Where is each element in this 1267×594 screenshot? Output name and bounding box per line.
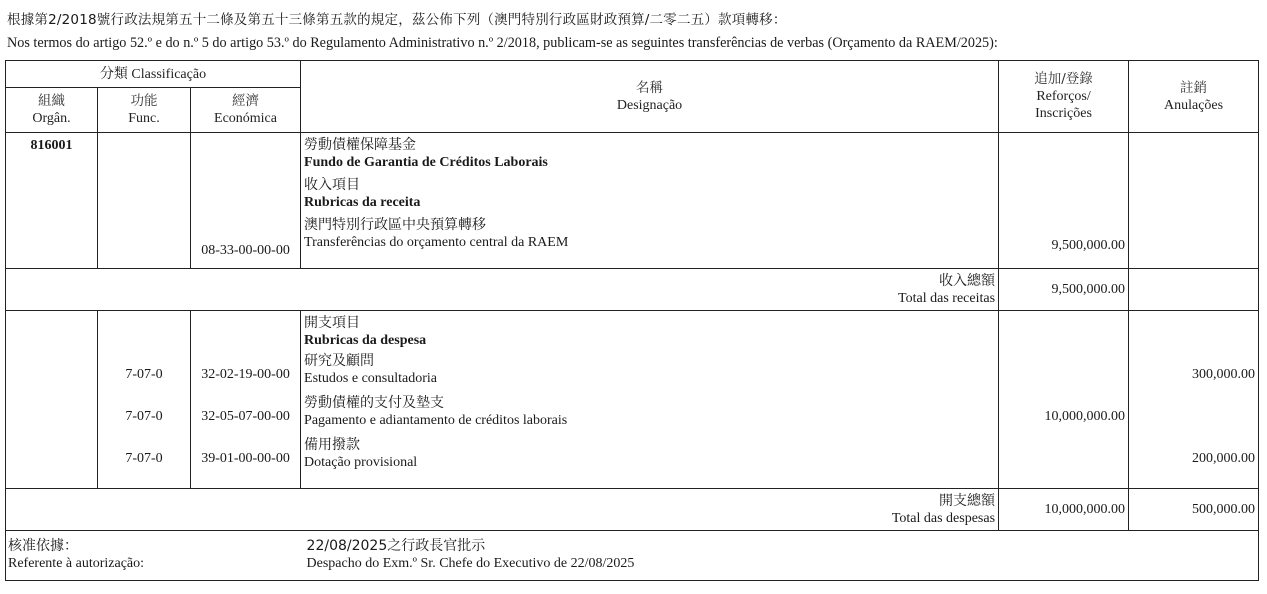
expense-organ-cell	[6, 311, 98, 489]
expense-function-codes: 7-07-0 7-07-0 7-07-0	[98, 311, 191, 489]
receipts-total-label-pt: Total das receitas	[9, 290, 995, 307]
organ-code: 816001	[6, 133, 98, 269]
expense-cancellation-amount: 300,000.00	[1132, 353, 1255, 395]
authorization-label-pt: Referente à autorização:	[8, 555, 298, 572]
expense-economic-code: 32-02-19-00-00	[194, 353, 297, 395]
expenses-section-pt: Rubricas da despesa	[304, 332, 995, 349]
economic-header-pt: Económica	[194, 110, 297, 127]
receipt-item-desc-pt: Transferências do orçamento central da R…	[304, 234, 995, 251]
intro-text-portuguese: Nos termos do artigo 52.º e do n.º 5 do …	[7, 35, 998, 52]
entity-name-pt: Fundo de Garantia de Créditos Laborais	[304, 154, 995, 171]
receipts-section-zh: 收入項目	[304, 177, 995, 194]
expense-item: 研究及顧問 Estudos e consultadoria	[304, 353, 995, 395]
expenses-total-label-pt: Total das despesas	[9, 510, 995, 527]
organ-header: 組織 Orgân.	[6, 88, 98, 133]
expense-designation: 開支項目 Rubricas da despesa 研究及顧問 Estudos e…	[301, 311, 999, 489]
authorization-value: 22/08/2025之行政長官批示 Despacho do Exm.º Sr. …	[301, 531, 1259, 581]
expenses-total-cancellation-value: 500,000.00	[1192, 502, 1255, 517]
designation-header: 名稱 Designação	[301, 61, 999, 133]
expense-item-desc-zh: 備用撥款	[304, 437, 995, 454]
receipt-reinforcement-amount: 9,500,000.00	[999, 133, 1129, 269]
expense-item-desc-zh: 研究及顧問	[304, 353, 995, 370]
authorization-row: 核准依據： Referente à autorização: 22/08/202…	[6, 531, 1259, 581]
receipt-economic-code: 08-33-00-00-00	[191, 133, 301, 269]
classification-header-label: 分類 Classificação	[100, 67, 206, 82]
economic-header: 經濟 Económica	[191, 88, 301, 133]
organ-code-value: 816001	[31, 138, 73, 153]
expenses-total-reinforcement-value: 10,000,000.00	[1045, 502, 1126, 517]
expense-cancellation-amount: 200,000.00	[1132, 437, 1255, 479]
economic-header-zh: 經濟	[194, 93, 297, 110]
expenses-total-label: 開支總額 Total das despesas	[6, 489, 999, 531]
designation-header-zh: 名稱	[304, 80, 995, 97]
function-header: 功能 Func.	[98, 88, 191, 133]
receipts-total-row: 收入總額 Total das receitas 9,500,000.00	[6, 269, 1259, 311]
receipts-total-cancellation	[1129, 269, 1259, 311]
receipts-section-pt: Rubricas da receita	[304, 194, 995, 211]
expense-function-code: 7-07-0	[101, 437, 187, 479]
receipt-cancellation-amount	[1129, 133, 1259, 269]
classification-header: 分類 Classificação	[6, 61, 301, 88]
expense-function-code: 7-07-0	[101, 395, 187, 437]
expenses-row: 7-07-0 7-07-0 7-07-0 32-02-19-00-00 32-0…	[6, 311, 1259, 489]
cancellations-header-pt: Anulações	[1132, 97, 1255, 114]
reinforcements-header: 追加/登錄 Reforços/ Inscrições	[999, 61, 1129, 133]
expense-item: 備用撥款 Dotação provisional	[304, 437, 995, 479]
expenses-section-zh: 開支項目	[304, 315, 995, 332]
expense-item: 勞動債權的支付及墊支 Pagamento e adiantamento de c…	[304, 395, 995, 437]
expense-cancellation-amount	[1132, 395, 1255, 437]
expense-item-desc-pt: Pagamento e adiantamento de créditos lab…	[304, 412, 995, 429]
expenses-total-label-zh: 開支總額	[9, 493, 995, 510]
receipts-total-reinforcement: 9,500,000.00	[999, 269, 1129, 311]
designation-header-pt: Designação	[304, 97, 995, 114]
expenses-total-reinforcement: 10,000,000.00	[999, 489, 1129, 531]
organ-header-pt: Orgân.	[9, 110, 94, 127]
expense-reinforcement-amount	[1002, 353, 1125, 395]
receipt-economic-value: 08-33-00-00-00	[201, 243, 290, 258]
expense-cancellation-amounts: 300,000.00 200,000.00	[1129, 311, 1259, 489]
receipt-function-code	[98, 133, 191, 269]
receipts-total-reinforcement-value: 9,500,000.00	[1052, 282, 1126, 297]
reinforcements-header-zh: 追加/登錄	[1002, 71, 1125, 88]
intro-text-chinese: 根據第2/2018號行政法規第五十二條及第五十三條第五款的規定，茲公佈下列（澳門…	[7, 8, 787, 28]
entity-name-zh: 勞動債權保障基金	[304, 137, 995, 154]
function-header-zh: 功能	[101, 93, 187, 110]
receipt-designation: 勞動債權保障基金 Fundo de Garantia de Créditos L…	[301, 133, 999, 269]
authorization-value-zh: 22/08/2025之行政長官批示	[307, 538, 1256, 555]
expense-economic-codes: 32-02-19-00-00 32-05-07-00-00 39-01-00-0…	[191, 311, 301, 489]
authorization-value-pt: Despacho do Exm.º Sr. Chefe do Executivo…	[307, 555, 1256, 572]
expenses-total-row: 開支總額 Total das despesas 10,000,000.00 50…	[6, 489, 1259, 531]
expense-reinforcement-amount	[1002, 437, 1125, 479]
expense-reinforcement-amounts: 10,000,000.00	[999, 311, 1129, 489]
expense-reinforcement-amount: 10,000,000.00	[1002, 395, 1125, 437]
expense-item-desc-pt: Dotação provisional	[304, 454, 995, 471]
expense-item-desc-pt: Estudos e consultadoria	[304, 370, 995, 387]
receipts-total-label: 收入總額 Total das receitas	[6, 269, 999, 311]
receipts-total-label-zh: 收入總額	[9, 273, 995, 290]
authorization-label: 核准依據： Referente à autorização:	[6, 531, 301, 581]
budget-transfer-table: 分類 Classificação 名稱 Designação 追加/登錄 Ref…	[5, 60, 1259, 581]
expense-function-code: 7-07-0	[101, 353, 187, 395]
expense-item-desc-zh: 勞動債權的支付及墊支	[304, 395, 995, 412]
receipts-row: 816001 08-33-00-00-00 勞動債權保障基金 Fundo de …	[6, 133, 1259, 269]
organ-header-zh: 組織	[9, 93, 94, 110]
expense-economic-code: 39-01-00-00-00	[194, 437, 297, 479]
cancellations-header: 註銷 Anulações	[1129, 61, 1259, 133]
receipt-reinforcement-value: 9,500,000.00	[1052, 238, 1126, 253]
expenses-total-cancellation: 500,000.00	[1129, 489, 1259, 531]
receipt-item-desc-zh: 澳門特別行政區中央預算轉移	[304, 217, 995, 234]
function-header-pt: Func.	[101, 110, 187, 127]
reinforcements-header-pt-line2: Inscrições	[1002, 105, 1125, 122]
reinforcements-header-pt-line1: Reforços/	[1002, 88, 1125, 105]
expense-economic-code: 32-05-07-00-00	[194, 395, 297, 437]
authorization-label-zh: 核准依據：	[8, 538, 298, 555]
cancellations-header-zh: 註銷	[1132, 80, 1255, 97]
